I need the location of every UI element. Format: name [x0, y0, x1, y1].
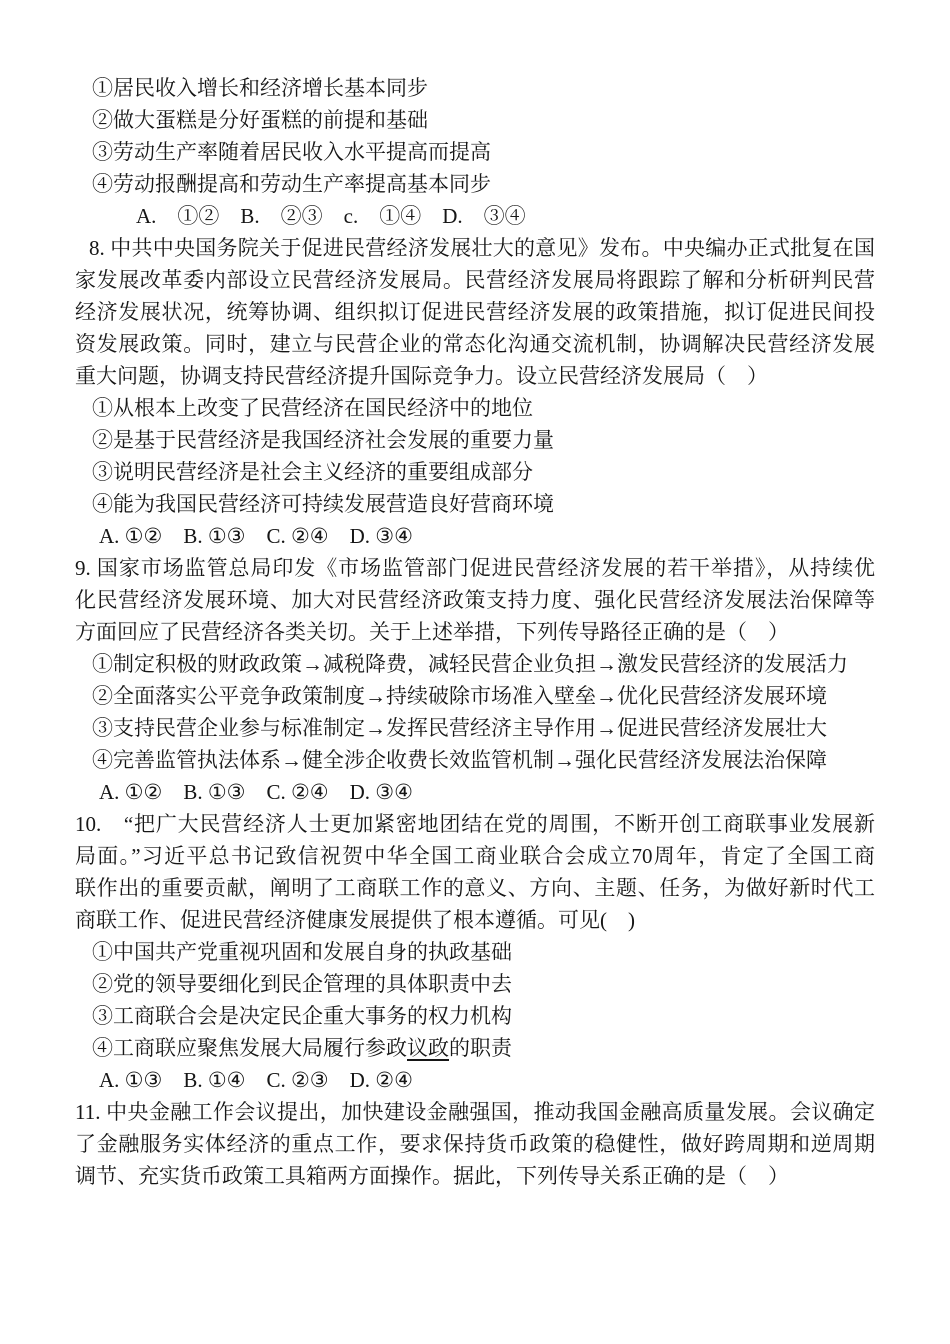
- q9-line-2: 化民营经济发展环境、加大对民营经济政策支持力度、强化民营经济发展法治保障等: [75, 584, 875, 616]
- q9-line-8: A. ①② B. ①③ C. ②④ D. ③④: [75, 776, 875, 808]
- q8-line-2: 家发展改革委内部设立民营经济发展局。民营经济发展局将跟踪了解和分析研判民营: [75, 264, 875, 296]
- q9-line-3: 方面回应了民营经济各类关切。关于上述举措，下列传导路径正确的是（ ）: [75, 616, 875, 648]
- question-document: ①居民收入增长和经济增长基本同步②做大蛋糕是分好蛋糕的前提和基础③劳动生产率随着…: [75, 72, 875, 1192]
- q9-line-6: ③支持民营企业参与标准制定→发挥民营经济主导作用→促进民营经济发展壮大: [75, 712, 875, 744]
- q11-line-3: 调节、充实货币政策工具箱两方面操作。据此，下列传导关系正确的是（ ）: [75, 1160, 875, 1192]
- q8-line-9: ④能为我国民营经济可持续发展营造良好营商环境: [75, 488, 875, 520]
- q7-tail-line-3: ③劳动生产率随着居民收入水平提高而提高: [75, 136, 875, 168]
- q10-line-3: 联作出的重要贡献，阐明了工商联工作的意义、方向、主题、任务，为做好新时代工: [75, 872, 875, 904]
- text-run: 的职责: [449, 1036, 512, 1060]
- q8-line-8: ③说明民营经济是社会主义经济的重要组成部分: [75, 456, 875, 488]
- exam-page: ①居民收入增长和经济增长基本同步②做大蛋糕是分好蛋糕的前提和基础③劳动生产率随着…: [0, 0, 950, 1344]
- q9-line-4: ①制定积极的财政政策→减税降费，减轻民营企业负担→激发民营经济的发展活力: [75, 648, 875, 680]
- q10-line-4: 商联工作、促进民营经济健康发展提供了根本遵循。可见( ): [75, 904, 875, 936]
- q10-line-5: ①中国共产党重视巩固和发展自身的执政基础: [75, 936, 875, 968]
- q8-line-7: ②是基于民营经济是我国经济社会发展的重要力量: [75, 424, 875, 456]
- q8-line-4: 资发展政策。同时，建立与民营企业的常态化沟通交流机制，协调解决民营经济发展: [75, 328, 875, 360]
- q9-line-1: 9. 国家市场监管总局印发《市场监管部门促进民营经济发展的若干举措》，从持续优: [75, 552, 875, 584]
- q9-line-7: ④完善监管执法体系→健全涉企收费长效监管机制→强化民营经济发展法治保障: [75, 744, 875, 776]
- q10-line-6: ②党的领导要细化到民企管理的具体职责中去: [75, 968, 875, 1000]
- text-run: ④工商联应聚焦发展大局履行参政: [92, 1036, 407, 1060]
- q7-tail-line-4: ④劳动报酬提高和劳动生产率提高基本同步: [75, 168, 875, 200]
- q7-tail-line-2: ②做大蛋糕是分好蛋糕的前提和基础: [75, 104, 875, 136]
- q10-line-1: 10. “把广大民营经济人士更加紧密地团结在党的周围，不断开创工商联事业发展新: [75, 808, 875, 840]
- q10-line-8: ④工商联应聚焦发展大局履行参政议政的职责: [75, 1032, 875, 1064]
- q10-line-7: ③工商联合会是决定民企重大事务的权力机构: [75, 1000, 875, 1032]
- q11-line-2: 了金融服务实体经济的重点工作，要求保持货币政策的稳健性，做好跨周期和逆周期: [75, 1128, 875, 1160]
- q11-line-1: 11. 中央金融工作会议提出，加快建设金融强国，推动我国金融高质量发展。会议确定: [75, 1096, 875, 1128]
- q10-line-9: A. ①③ B. ①④ C. ②③ D. ②④: [75, 1064, 875, 1096]
- q8-line-3: 经济发展状况，统筹协调、组织拟订促进民营经济发展的政策措施，拟订促进民间投: [75, 296, 875, 328]
- q8-line-1: 8. 中共中央国务院关于促进民营经济发展壮大的意见》发布。中央编办正式批复在国: [75, 232, 875, 264]
- q8-line-10: A. ①② B. ①③ C. ②④ D. ③④: [75, 520, 875, 552]
- q9-line-5: ②全面落实公平竞争政策制度→持续破除市场准入壁垒→优化民营经济发展环境: [75, 680, 875, 712]
- underlined-term: 议政: [407, 1036, 449, 1060]
- q8-line-5: 重大问题，协调支持民营经济提升国际竞争力。设立民营经济发展局（ ）: [75, 360, 875, 392]
- q7-tail-line-1: ①居民收入增长和经济增长基本同步: [75, 72, 875, 104]
- q7-tail-line-5: A. ①② B. ②③ c. ①④ D. ③④: [75, 200, 875, 232]
- q8-line-6: ①从根本上改变了民营经济在国民经济中的地位: [75, 392, 875, 424]
- q10-line-2: 局面。”习近平总书记致信祝贺中华全国工商业联合会成立70周年，肯定了全国工商: [75, 840, 875, 872]
